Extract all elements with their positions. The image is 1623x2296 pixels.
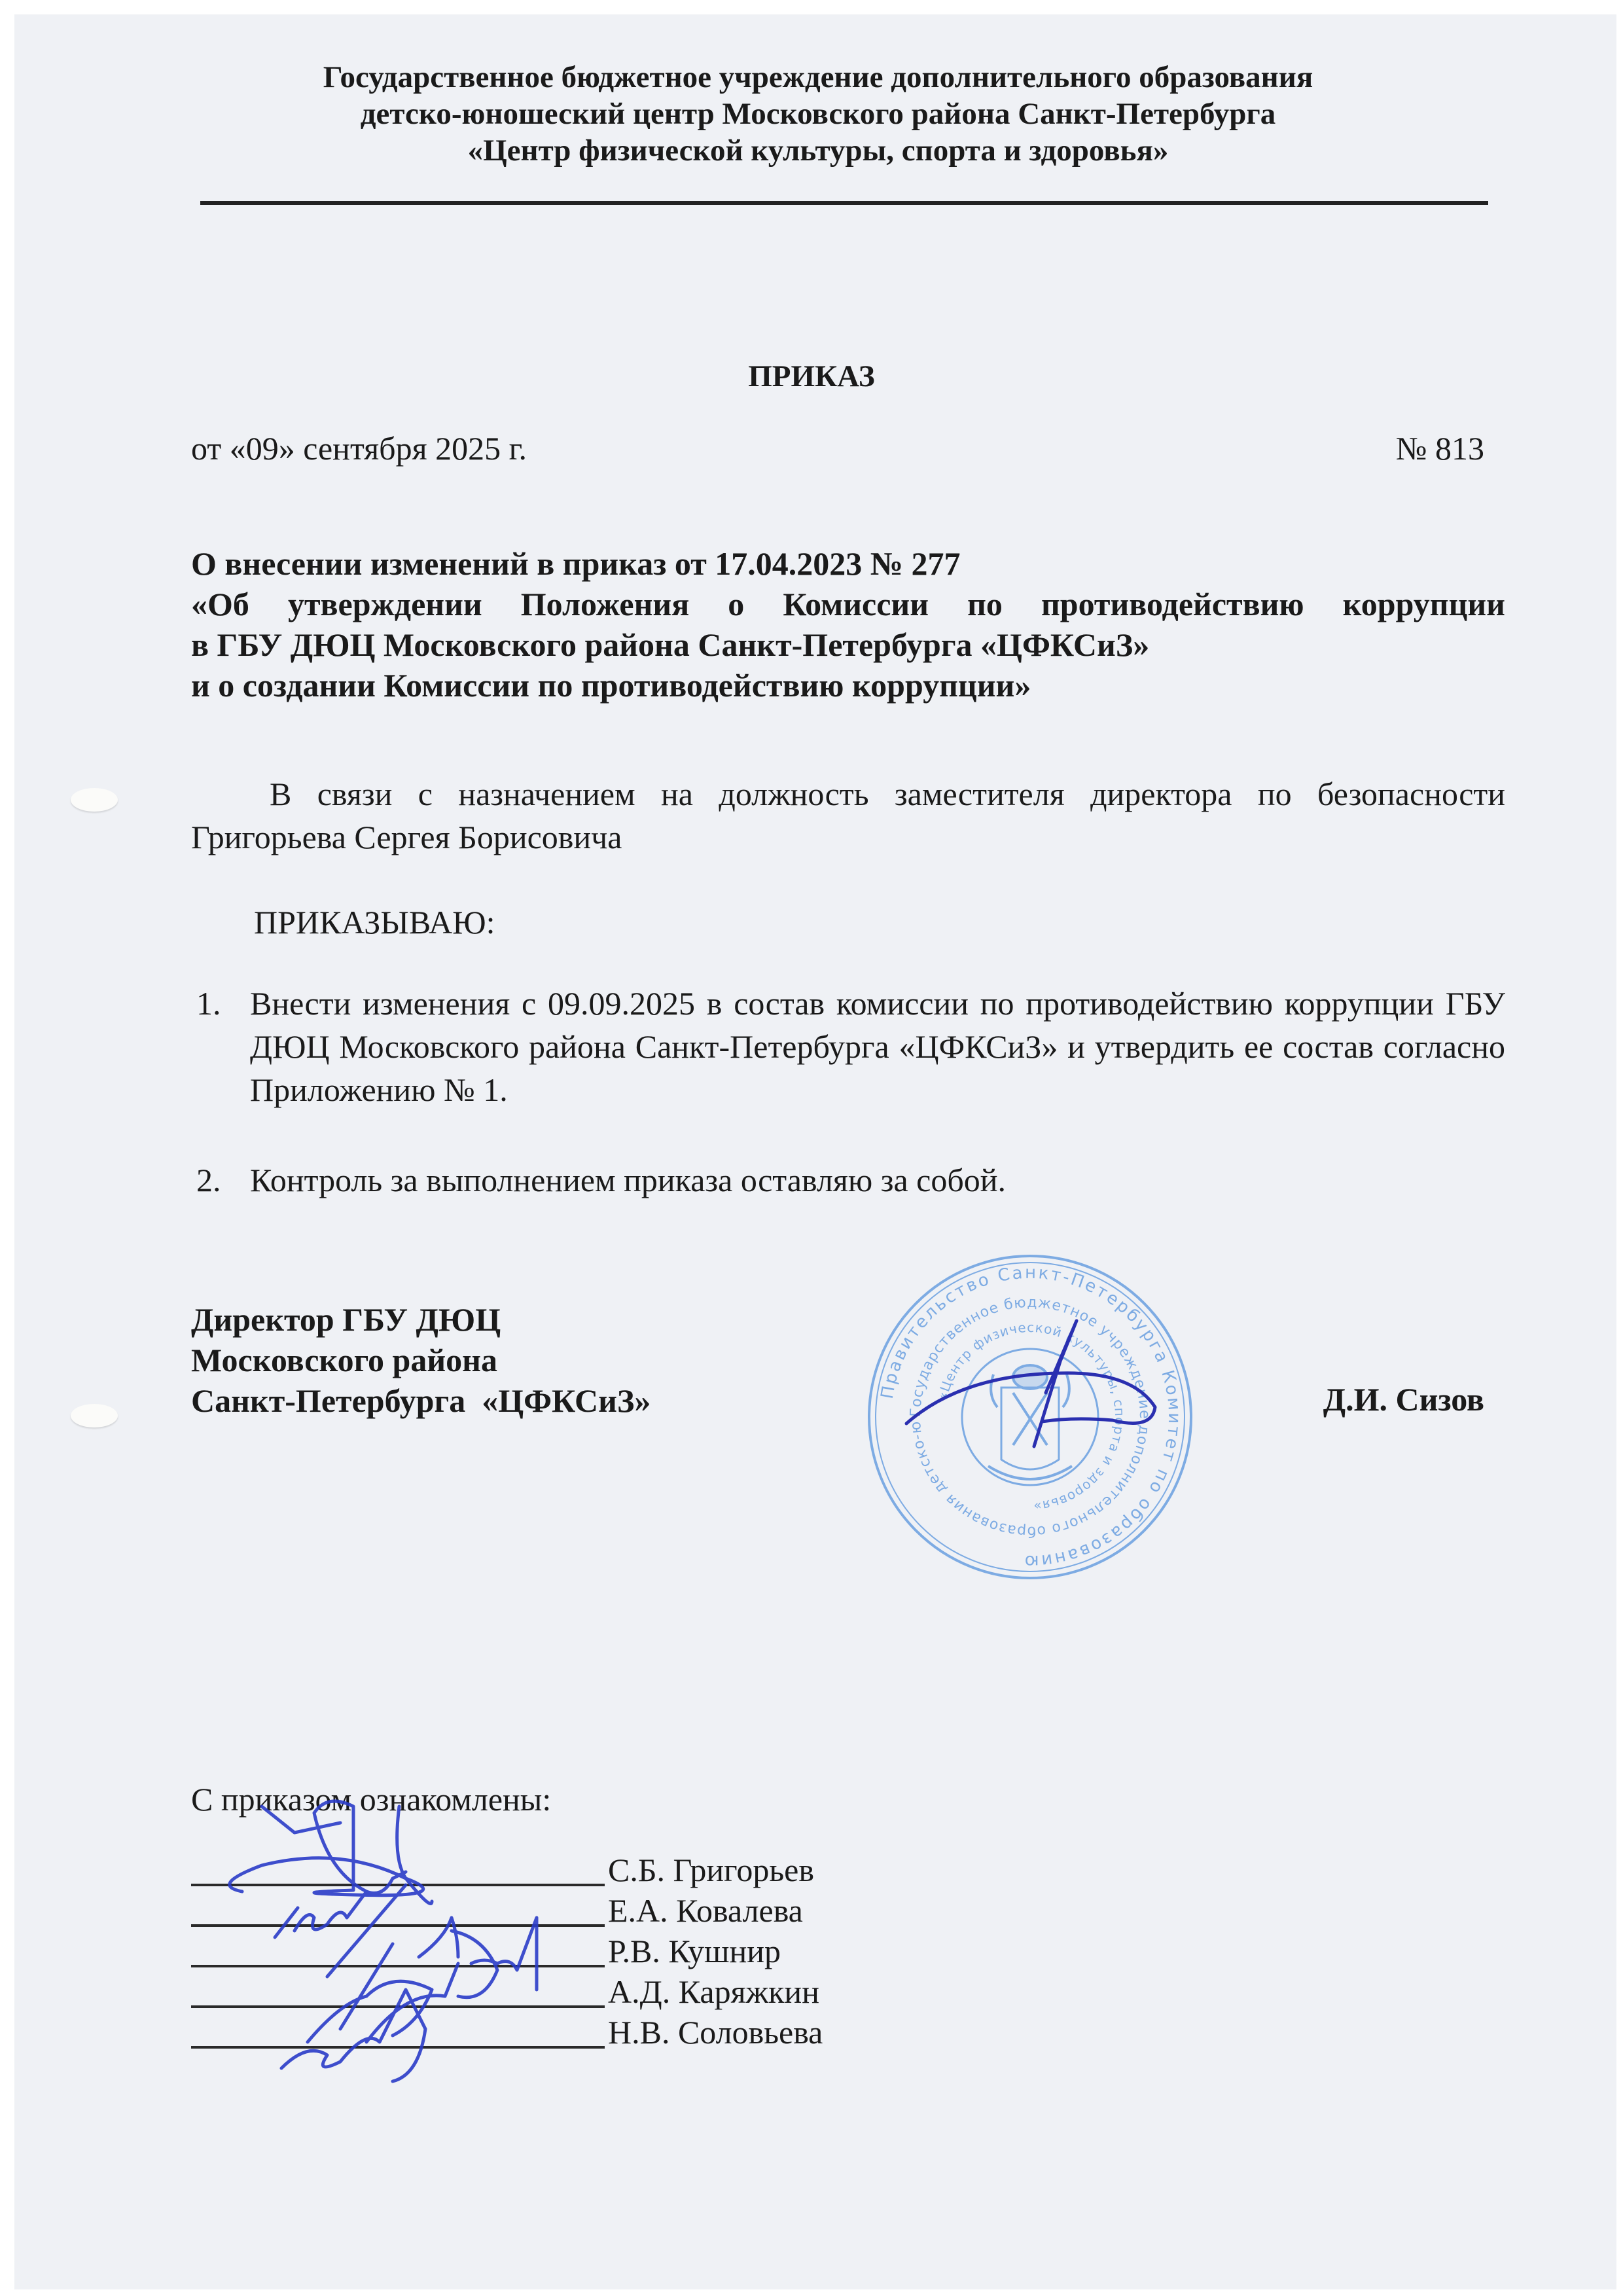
handwritten-signatures-icon (0, 0, 1623, 2296)
